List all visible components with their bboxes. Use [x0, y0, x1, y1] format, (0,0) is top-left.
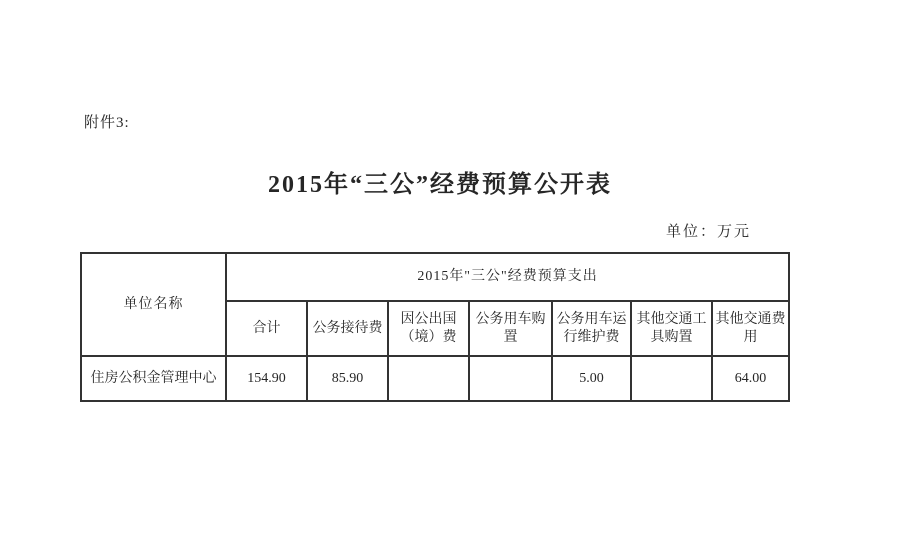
value-overseas-trip-fee [388, 356, 469, 401]
document-page: 附件3: 2015年“三公”经费预算公开表 单位：万元 单位名称 2015年"三… [0, 0, 900, 542]
header-other-transport-fee: 其他交通费用 [712, 301, 789, 356]
unit-note: 单位：万元 [666, 220, 751, 241]
header-total: 合计 [226, 301, 307, 356]
value-reception-fee: 85.90 [307, 356, 388, 401]
table-row: 住房公积金管理中心 154.90 85.90 5.00 64.00 [81, 356, 789, 401]
header-vehicle-operation-maintenance: 公务用车运行维护费 [552, 301, 631, 356]
header-reception-fee: 公务接待费 [307, 301, 388, 356]
budget-table: 单位名称 2015年"三公"经费预算支出 合计 公务接待费 因公出国（境）费 公… [80, 252, 790, 402]
attachment-label: 附件3: [84, 111, 130, 132]
header-row-group: 单位名称 2015年"三公"经费预算支出 [81, 253, 789, 301]
value-other-transport-fee: 64.00 [712, 356, 789, 401]
value-other-transport-purchase [631, 356, 712, 401]
value-vehicle-purchase [469, 356, 552, 401]
header-other-transport-purchase: 其他交通工具购置 [631, 301, 712, 356]
header-overseas-trip-fee: 因公出国（境）费 [388, 301, 469, 356]
value-vehicle-operation-maintenance: 5.00 [552, 356, 631, 401]
unit-name-cell: 住房公积金管理中心 [81, 356, 226, 401]
page-title: 2015年“三公”经费预算公开表 [0, 164, 880, 199]
unit-name-header: 单位名称 [81, 253, 226, 356]
group-header: 2015年"三公"经费预算支出 [226, 253, 789, 301]
value-total: 154.90 [226, 356, 307, 401]
header-vehicle-purchase: 公务用车购置 [469, 301, 552, 356]
